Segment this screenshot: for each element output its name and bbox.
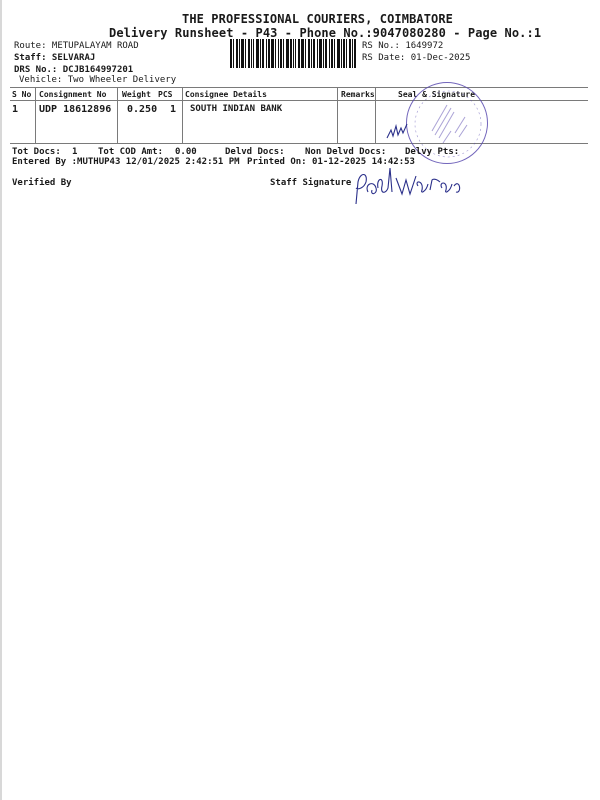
col-header-remarks: Remarks [341, 90, 375, 99]
seal-signature-scribble [385, 118, 415, 146]
delvy-pts-label: Delvy Pts: [405, 147, 459, 157]
table-top-rule [10, 87, 588, 88]
col-divider [117, 87, 118, 143]
col-divider [182, 87, 183, 143]
col-divider [375, 87, 376, 143]
delvd-docs-label: Delvd Docs: [225, 147, 285, 157]
row-weight: 0.250 [127, 104, 157, 115]
tot-docs-label: Tot Docs: [12, 147, 61, 157]
col-header-sno: S No [12, 90, 31, 99]
row-sno: 1 [12, 104, 18, 115]
col-header-consignment: Consignment No [39, 90, 106, 99]
drs-number: DRS No.: DCJB164997201 [14, 65, 133, 75]
non-delvd-docs-label: Non Delvd Docs: [305, 147, 386, 157]
vehicle-label: Vehicle: Two Wheeler Delivery [19, 75, 176, 85]
route-label: Route: METUPALAYAM ROAD [14, 41, 139, 51]
row-consignment-no: UDP 18612896 [39, 104, 111, 115]
tot-cod-value: 0.00 [175, 147, 197, 157]
col-header-weight: Weight [122, 90, 151, 99]
staff-signature [350, 164, 470, 208]
company-name: THE PROFESSIONAL COURIERS, COIMBATORE [182, 12, 453, 26]
tot-cod-label: Tot COD Amt: [98, 147, 163, 157]
rs-number: RS No.: 1649972 [362, 41, 443, 51]
col-header-consignee: Consignee Details [185, 90, 267, 99]
row-pcs: 1 [170, 104, 176, 115]
row-consignee: SOUTH INDIAN BANK [190, 104, 282, 114]
verified-by-label: Verified By [12, 178, 72, 188]
table-bottom-rule [10, 143, 588, 144]
table-header-rule [10, 100, 588, 101]
scan-edge [0, 0, 2, 800]
staff-label: Staff: SELVARAJ [14, 53, 95, 63]
tot-docs-value: 1 [72, 147, 77, 157]
col-divider [35, 87, 36, 143]
col-divider [337, 87, 338, 143]
runsheet-title: Delivery Runsheet - P43 - Phone No.:9047… [109, 26, 541, 40]
staff-signature-label: Staff Signature [270, 178, 351, 188]
rs-date: RS Date: 01-Dec-2025 [362, 53, 470, 63]
col-header-pcs: PCS [158, 90, 172, 99]
barcode [230, 39, 356, 68]
entered-by: Entered By :MUTHUP43 12/01/2025 2:42:51 … [12, 157, 240, 167]
